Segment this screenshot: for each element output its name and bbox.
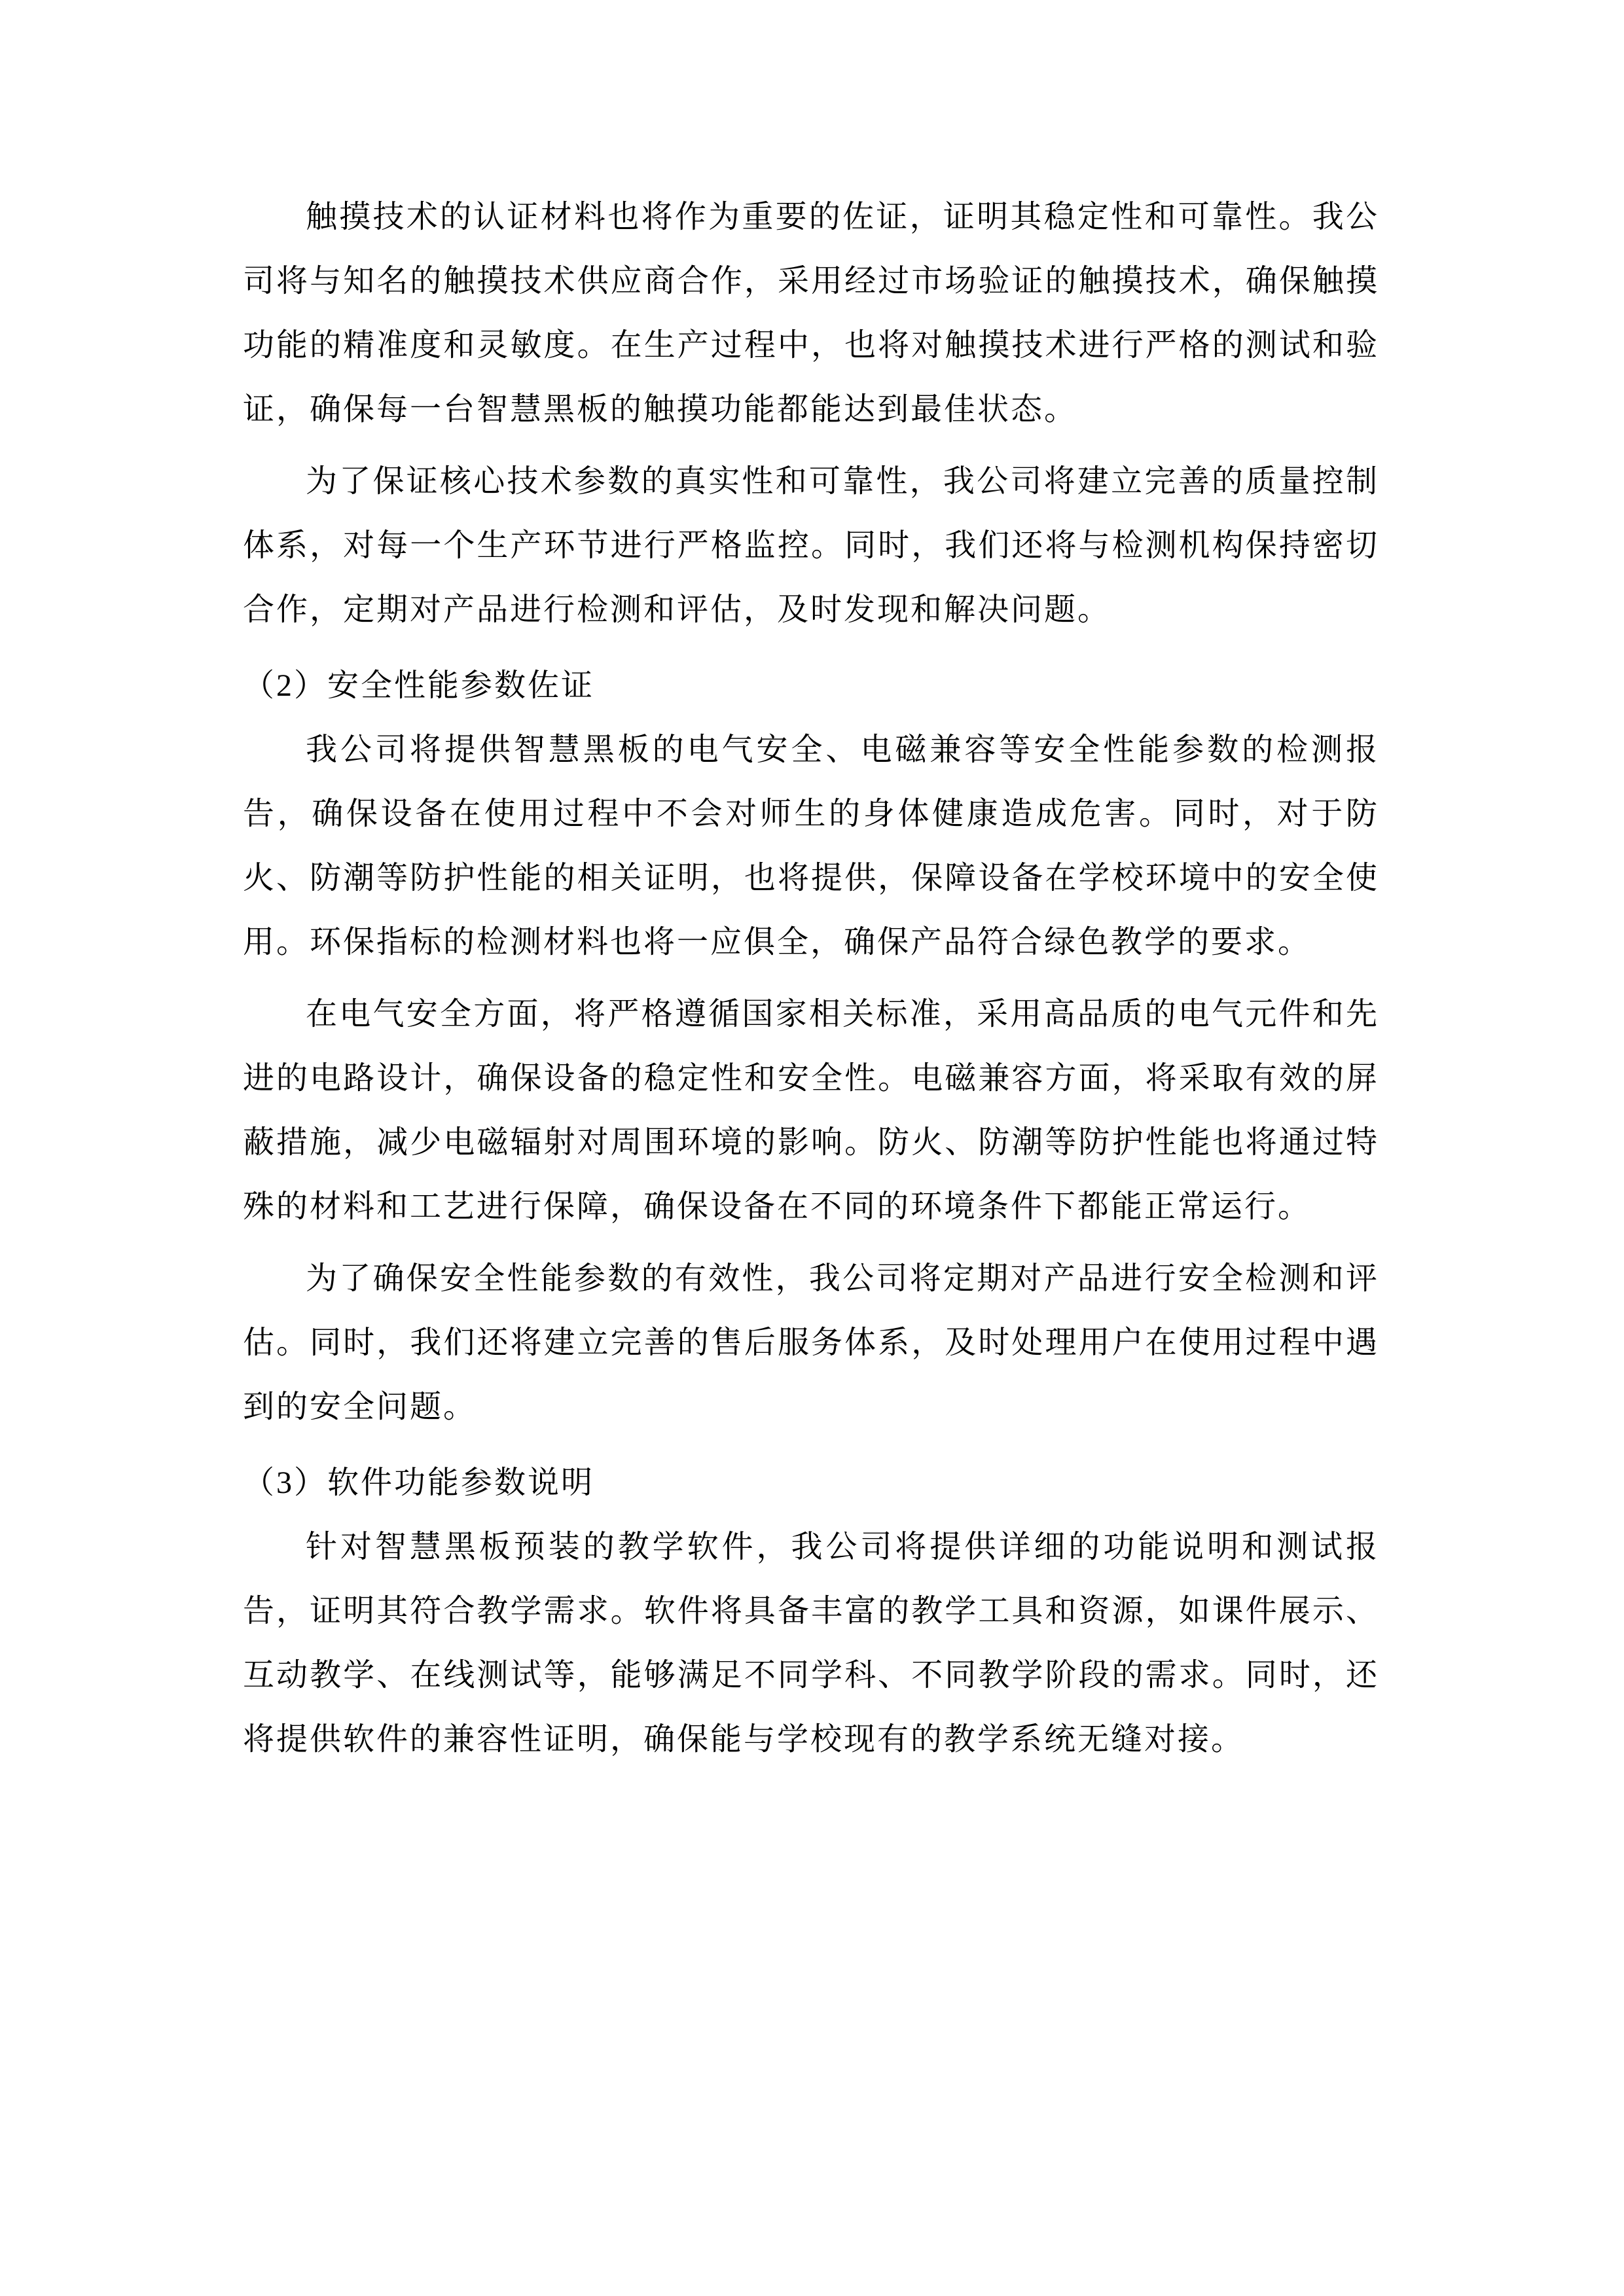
paragraph-safety-test-reports: 我公司将提供智慧黑板的电气安全、电磁兼容等安全性能参数的检测报告，确保设备在使用… (243, 718, 1379, 975)
paragraph-software-function-description: 针对智慧黑板预装的教学软件，我公司将提供详细的功能说明和测试报告，证明其符合教学… (243, 1515, 1379, 1772)
document-page: 触摸技术的认证材料也将作为重要的佐证，证明其稳定性和可靠性。我公司将与知名的触摸… (0, 0, 1624, 2296)
paragraph-touch-tech-certification: 触摸技术的认证材料也将作为重要的佐证，证明其稳定性和可靠性。我公司将与知名的触摸… (243, 185, 1379, 442)
paragraph-quality-control-system: 为了保证核心技术参数的真实性和可靠性，我公司将建立完善的质量控制体系，对每一个生… (243, 450, 1379, 642)
paragraph-safety-validity-aftersales: 为了确保安全性能参数的有效性，我公司将定期对产品进行安全检测和评估。同时，我们还… (243, 1247, 1379, 1439)
section-heading-safety-params: （2）安全性能参数佐证 (243, 654, 1379, 718)
document-body: 触摸技术的认证材料也将作为重要的佐证，证明其稳定性和可靠性。我公司将与知名的触摸… (243, 185, 1379, 1772)
paragraph-electrical-safety-measures: 在电气安全方面，将严格遵循国家相关标准，采用高品质的电气元件和先进的电路设计，确… (243, 982, 1379, 1239)
section-heading-software-params: （3）软件功能参数说明 (243, 1451, 1379, 1515)
